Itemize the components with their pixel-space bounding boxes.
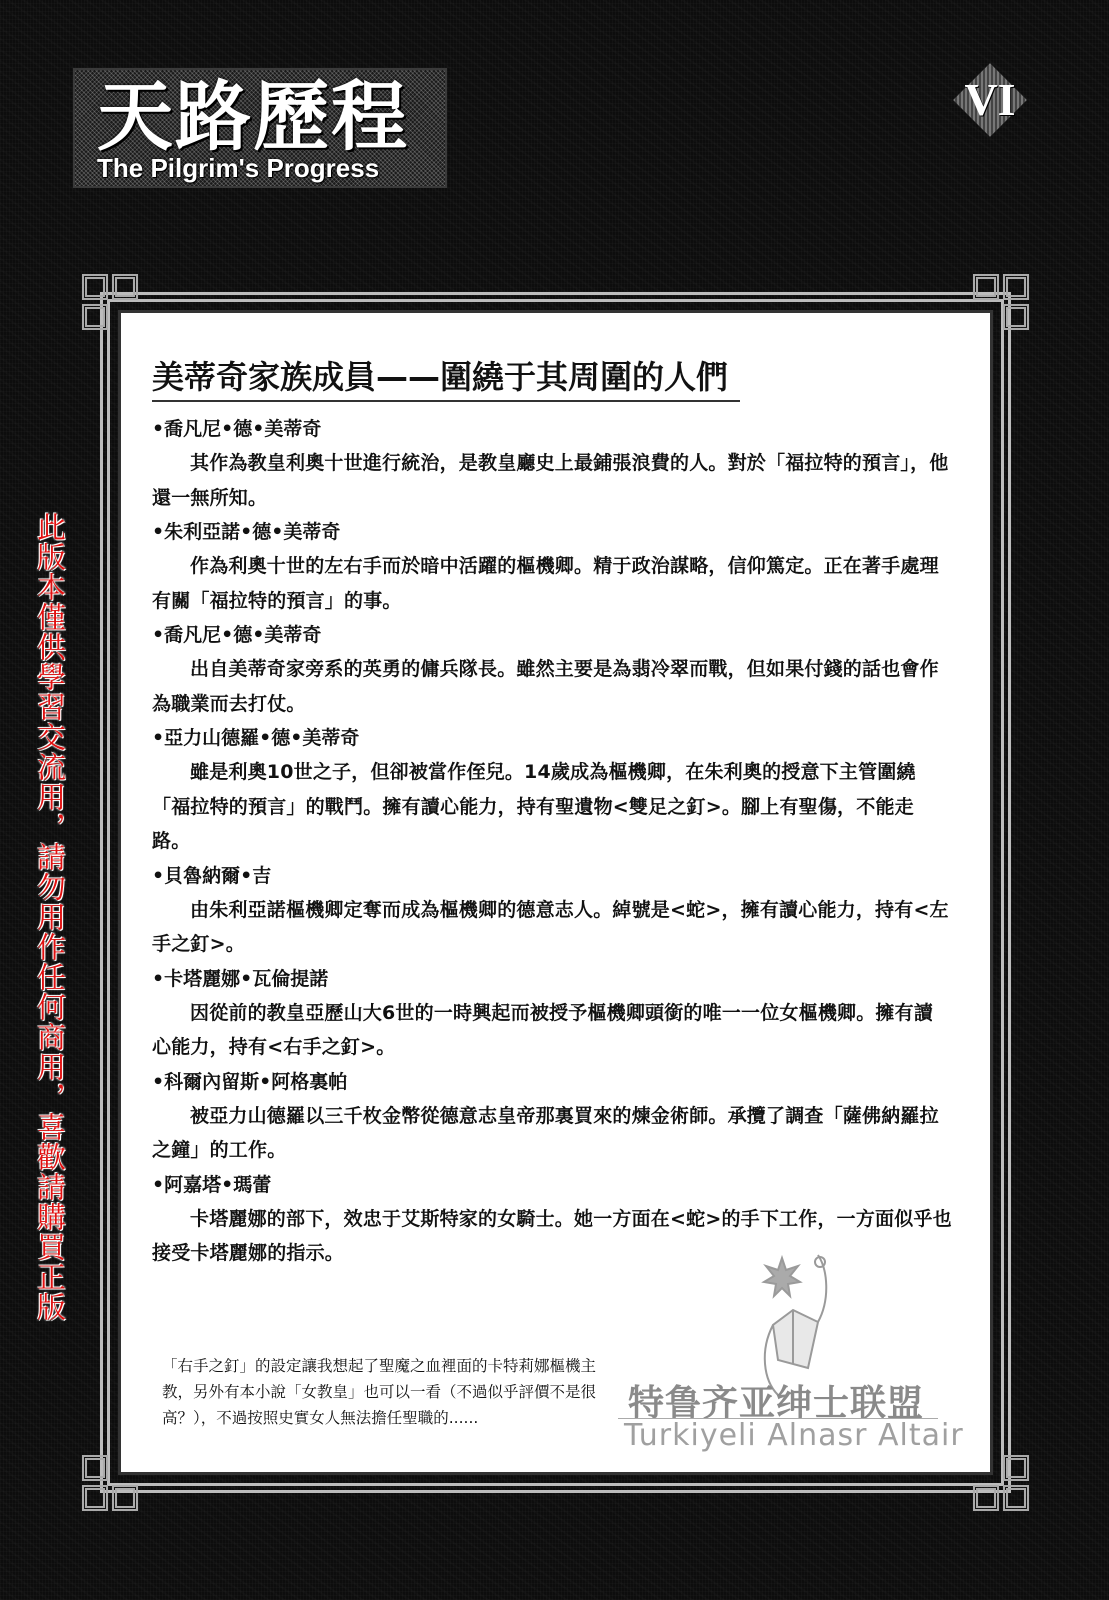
character-name: •阿嘉塔•瑪蕾 [152,1168,952,1202]
watermark-english: Turkiyeli Alnasr Altair [624,1418,964,1453]
character-list: •喬凡尼•德•美蒂奇 其作為教皇利奧十世進行統治，是教皇廳史上最鋪張浪費的人。對… [152,412,952,1271]
character-description: 其作為教皇利奧十世進行統治，是教皇廳史上最鋪張浪費的人。對於「福拉特的預言」，他… [152,446,952,515]
series-logo: 天路歷程 The Pilgrim's Progress [73,68,447,188]
character-description: 雖是利奧10世之子，但卻被當作侄兒。14歲成為樞機卿，在朱利奧的授意下主管圍繞「… [152,755,952,859]
character-description: 作為利奧十世的左右手而於暗中活躍的樞機卿。精于政治謀略，信仰篤定。正在著手處理有… [152,549,952,618]
disclaimer-vertical: 此版本僅供學習交流用，請勿用作任何商用，喜歡請購買正版 [33,512,67,1322]
frame-corner-ornament-icon [78,270,142,334]
character-name: •喬凡尼•德•美蒂奇 [152,412,952,446]
character-description: 由朱利亞諾樞機卿定奪而成為樞機卿的德意志人。綽號是<蛇>，擁有讀心能力，持有<左… [152,893,952,962]
volume-badge: VI [958,68,1022,132]
character-entry: •喬凡尼•德•美蒂奇 其作為教皇利奧十世進行統治，是教皇廳史上最鋪張浪費的人。對… [152,412,952,515]
series-title-chinese: 天路歷程 [97,74,409,160]
character-name: •卡塔麗娜•瓦倫提諾 [152,962,952,996]
character-name: •科爾內留斯•阿格裏帕 [152,1065,952,1099]
frame-corner-ornament-icon [969,1451,1033,1515]
character-entry: •卡塔麗娜•瓦倫提諾 因從前的教皇亞歷山大6世的一時興起而被授予樞機卿頭銜的唯一… [152,962,952,1065]
character-entry: •亞力山德羅•德•美蒂奇 雖是利奧10世之子，但卻被當作侄兒。14歲成為樞機卿，… [152,721,952,859]
character-description: 因從前的教皇亞歷山大6世的一時興起而被授予樞機卿頭銜的唯一一位女樞機卿。擁有讀心… [152,996,952,1065]
heading-divider [152,400,740,402]
frame-corner-ornament-icon [78,1451,142,1515]
character-description: 被亞力山德羅以三千枚金幣從德意志皇帝那裏買來的煉金術師。承攬了調查「薩佛納羅拉之… [152,1099,952,1168]
character-name: •朱利亞諾•德•美蒂奇 [152,515,952,549]
character-entry: •貝魯納爾•吉 由朱利亞諾樞機卿定奪而成為樞機卿的德意志人。綽號是<蛇>，擁有讀… [152,859,952,962]
translator-note: 「右手之釘」的設定讓我想起了聖魔之血裡面的卡特莉娜樞機主教，另外有本小說「女教皇… [162,1353,622,1431]
character-entry: •朱利亞諾•德•美蒂奇 作為利奧十世的左右手而於暗中活躍的樞機卿。精于政治謀略，… [152,515,952,618]
character-name: •貝魯納爾•吉 [152,859,952,893]
scanlation-watermark: 特鲁齐亚绅士联盟 Turkiyeli Alnasr Altair [618,1240,938,1450]
character-entry: •科爾內留斯•阿格裏帕 被亞力山德羅以三千枚金幣從德意志皇帝那裏買來的煉金術師。… [152,1065,952,1168]
series-title-english: The Pilgrim's Progress [97,154,379,182]
frame-corner-ornament-icon [969,270,1033,334]
character-entry: •喬凡尼•德•美蒂奇 出自美蒂奇家旁系的英勇的傭兵隊長。雖然主要是為翡冷翠而戰，… [152,618,952,721]
character-description: 出自美蒂奇家旁系的英勇的傭兵隊長。雖然主要是為翡冷翠而戰，但如果付錢的話也會作為… [152,652,952,721]
character-name: •喬凡尼•德•美蒂奇 [152,618,952,652]
character-name: •亞力山德羅•德•美蒂奇 [152,721,952,755]
volume-number: VI [958,74,1022,126]
section-heading: 美蒂奇家族成員——圍繞于其周圍的人們 [152,352,728,398]
